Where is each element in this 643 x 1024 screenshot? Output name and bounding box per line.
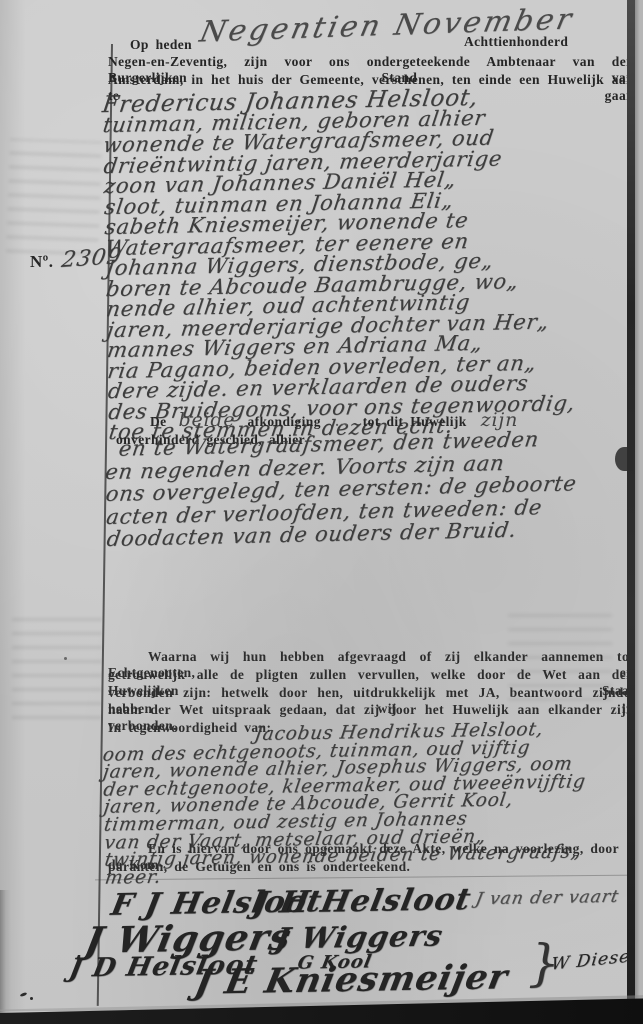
- banns-printed-tot-dit-huwelijk: tot dit Huwelijk: [363, 414, 467, 429]
- vows-line: Waarna wij hun hebben afgevraagd of zij …: [108, 649, 634, 667]
- banns-handwritten-beide: beide: [179, 409, 236, 431]
- handwritten-parties-entry: Fredericus Johannes Helsloot, tuinman, m…: [103, 82, 640, 441]
- vows-line: getrouwelijk alle de pligten zullen verv…: [108, 667, 634, 685]
- banns-dotted-filler: …: [335, 414, 349, 429]
- binding-notch: [615, 447, 633, 471]
- signature-witness-van-der-vaart: J van der vaart: [474, 887, 621, 909]
- banns-printed-de: De: [150, 414, 167, 429]
- ink-speck: [20, 992, 28, 997]
- signature-mother: J E Kniesmeijer: [192, 957, 512, 1002]
- closing-line: paranten, de Getuigen en ons is ondertee…: [108, 859, 636, 877]
- stacked-pages-edge: [0, 890, 11, 1024]
- header-printed-year: Achttienhonderd: [464, 34, 568, 50]
- ink-speck: [30, 997, 33, 1000]
- header-printed-op-heden: Op heden: [130, 37, 192, 53]
- banns-handwritten-block: en te Watergraafsmeer, den tweeden en ne…: [105, 425, 637, 549]
- signature-witness-helsloot: J H Helsloot: [250, 882, 474, 921]
- bleedthrough-smudge: [12, 615, 102, 725]
- ink-speck: [64, 657, 67, 660]
- vows-line: naam der Wet uitspraak gedaan, dat zij d…: [108, 702, 634, 720]
- adjacent-page-strip: [635, 0, 643, 1024]
- signature-witness-wiggers: J Wiggers: [272, 919, 446, 956]
- banns-printed-afkondiging: afkondiging: [247, 414, 320, 429]
- closing-printed-paragraph: En is hiervan door ons opgemaakt deze Ak…: [108, 841, 636, 876]
- binding-shadow-line: [627, 0, 635, 1024]
- marriage-record-scan: Nº. 2309 Op heden Negentien November Ach…: [0, 0, 643, 1024]
- vows-line: verbonden zijn: hetwelk door hen, uitdru…: [108, 685, 634, 703]
- act-number-label: Nº.: [30, 252, 53, 272]
- bleedthrough-smudge: [6, 138, 102, 261]
- closing-line: En is hiervan door ons opgemaakt deze Ak…: [108, 841, 636, 859]
